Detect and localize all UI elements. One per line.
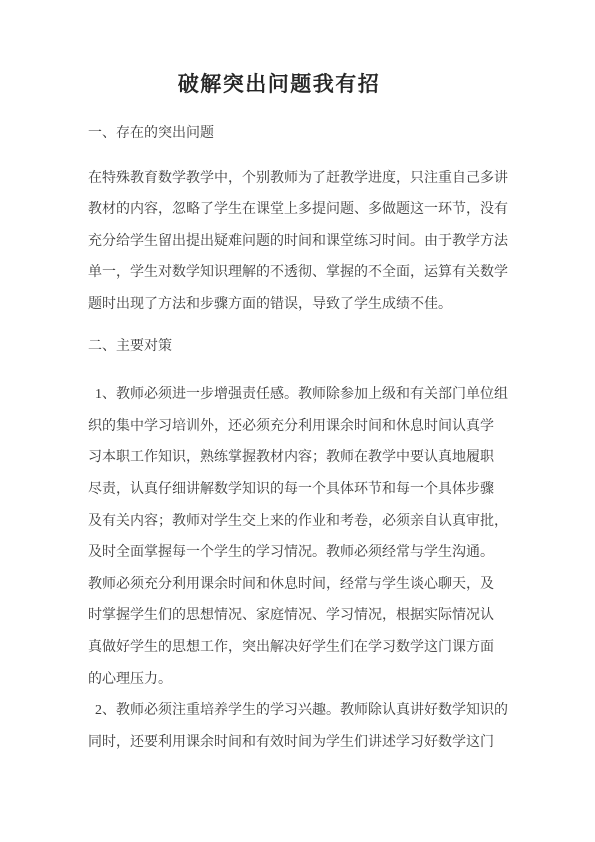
document-content: 破解突出问题我有招 一、存在的突出问题 在特殊教育数学教学中，个别教师为了赶教学…	[0, 0, 595, 758]
paragraph-problems: 在特殊教育数学教学中，个别教师为了赶教学进度，只注重自己多讲 教材的内容，忽略了…	[88, 163, 508, 321]
section-heading-strategies: 二、主要对策	[88, 331, 508, 363]
section-heading-problems: 一、存在的突出问题	[88, 118, 508, 150]
document-title: 破解突出问题我有招	[69, 72, 489, 98]
list-item-1: 1、教师必须进一步增强责任感。教师除参加上级和有关部门单位组 织的集中学习培训外…	[88, 379, 508, 695]
list-item-2: 2、教师必须注重培养学生的学习兴趣。教师除认真讲好数学知识的 同时，还要利用课余…	[88, 695, 508, 758]
strategies-list: 1、教师必须进一步增强责任感。教师除参加上级和有关部门单位组 织的集中学习培训外…	[88, 379, 508, 758]
document-page: 破解突出问题我有招 一、存在的突出问题 在特殊教育数学教学中，个别教师为了赶教学…	[0, 0, 595, 842]
